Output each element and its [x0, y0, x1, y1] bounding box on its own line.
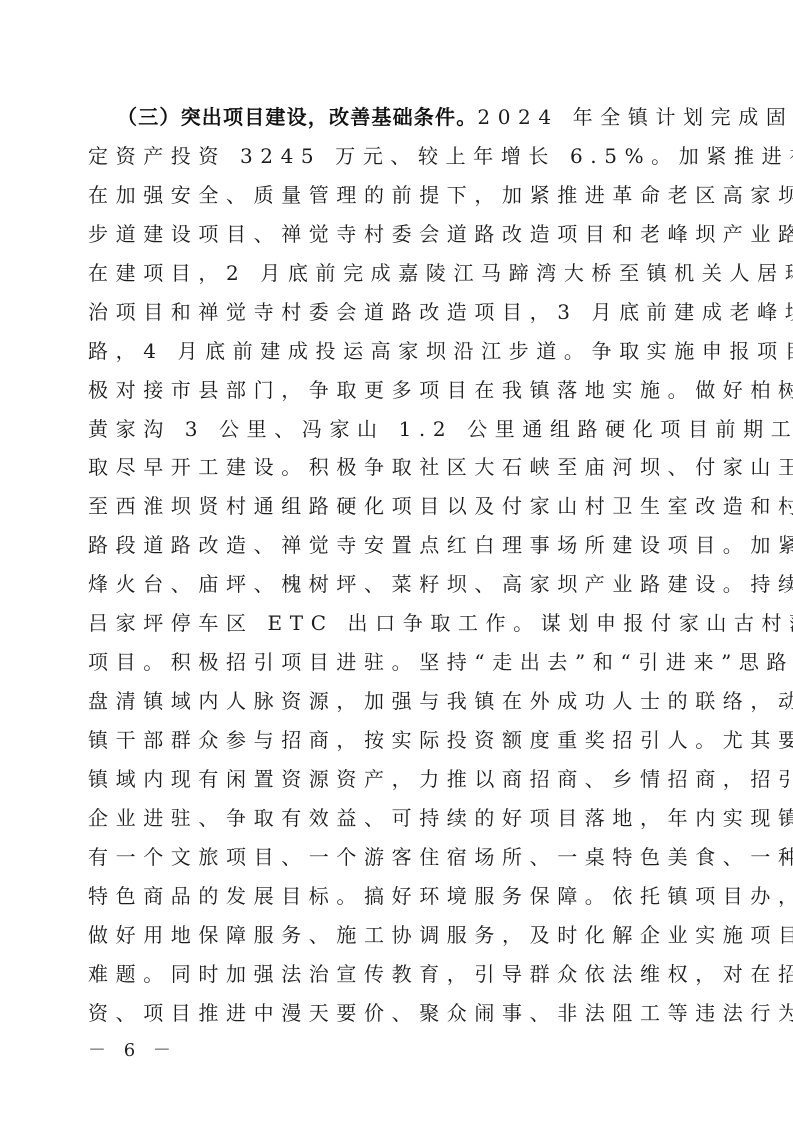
text-line: 路，4 月底前建成投运高家坝沿江步道。争取实施申报项目。积 [88, 332, 708, 371]
text-line: 定资产投资 3245 万元、较上年增长 6.5%。加紧推进在建项目。 [88, 137, 708, 176]
text-line: 企业进驻、争取有效益、可持续的好项目落地，年内实现镇域内 [88, 799, 708, 838]
text-line: 路段道路改造、禅觉寺安置点红白理事场所建设项目。加紧推进 [88, 526, 708, 565]
text-line: 特色商品的发展目标。搞好环境服务保障。依托镇项目办，主动 [88, 877, 708, 916]
text-line: 资、项目推进中漫天要价、聚众闹事、非法阻工等违法行为，严 [88, 994, 708, 1033]
section-heading: （三）突出项目建设，改善基础条件。 [117, 105, 477, 129]
text-line: 在加强安全、质量管理的前提下，加紧推进革命老区高家坝沿江 [88, 176, 708, 215]
text-line: 黄家沟 3 公里、冯家山 1.2 公里通组路硬化项目前期工作，争 [88, 410, 708, 449]
text-line: 步道建设项目、禅觉寺村委会道路改造项目和老峰坝产业路 3 个 [88, 215, 708, 254]
text-line: 取尽早开工建设。积极争取社区大石峡至庙河坝、付家山王家庄 [88, 448, 708, 487]
text-line: 做好用地保障服务、施工协调服务，及时化解企业实施项目落地 [88, 916, 708, 955]
text-line: 在建项目，2 月底前完成嘉陵江马蹄湾大桥至镇机关人居环境整 [88, 254, 708, 293]
text-line: 治项目和禅觉寺村委会道路改造项目，3 月底前建成老峰坝产业 [88, 293, 708, 332]
body-text: （三）突出项目建设，改善基础条件。2024 年全镇计划完成固 定资产投资 324… [88, 98, 708, 1033]
text-line: 吕家坪停车区 ETC 出口争取工作。谋划申报付家山古村落非遗 [88, 604, 708, 643]
text-line: 难题。同时加强法治宣传教育，引导群众依法维权，对在招商引 [88, 955, 708, 994]
text-line: 镇干部群众参与招商，按实际投资额度重奖招引人。尤其要盘活 [88, 721, 708, 760]
text-line: 至西淮坝贤村通组路硬化项目以及付家山村卫生室改造和村委会 [88, 487, 708, 526]
text-line: 烽火台、庙坪、槐树坪、菜籽坝、高家坝产业路建设。持续跟进 [88, 565, 708, 604]
text-line: 镇域内现有闲置资源资产，力推以商招商、乡情招商，招引实力 [88, 760, 708, 799]
document-page: （三）突出项目建设，改善基础条件。2024 年全镇计划完成固 定资产投资 324… [0, 0, 793, 1122]
text-line: 项目。积极招引项目进驻。坚持“走出去”和“引进来”思路， [88, 643, 708, 682]
page-number: － 6 － [88, 1036, 177, 1062]
line-text: 2024 年全镇计划完成固 [477, 105, 793, 129]
paragraph-first-line: （三）突出项目建设，改善基础条件。2024 年全镇计划完成固 [88, 98, 708, 137]
text-line: 有一个文旅项目、一个游客住宿场所、一桌特色美食、一种本地 [88, 838, 708, 877]
text-line: 盘清镇域内人脉资源，加强与我镇在外成功人士的联络，动员全 [88, 682, 708, 721]
text-line: 极对接市县部门，争取更多项目在我镇落地实施。做好柏树坪至 [88, 371, 708, 410]
